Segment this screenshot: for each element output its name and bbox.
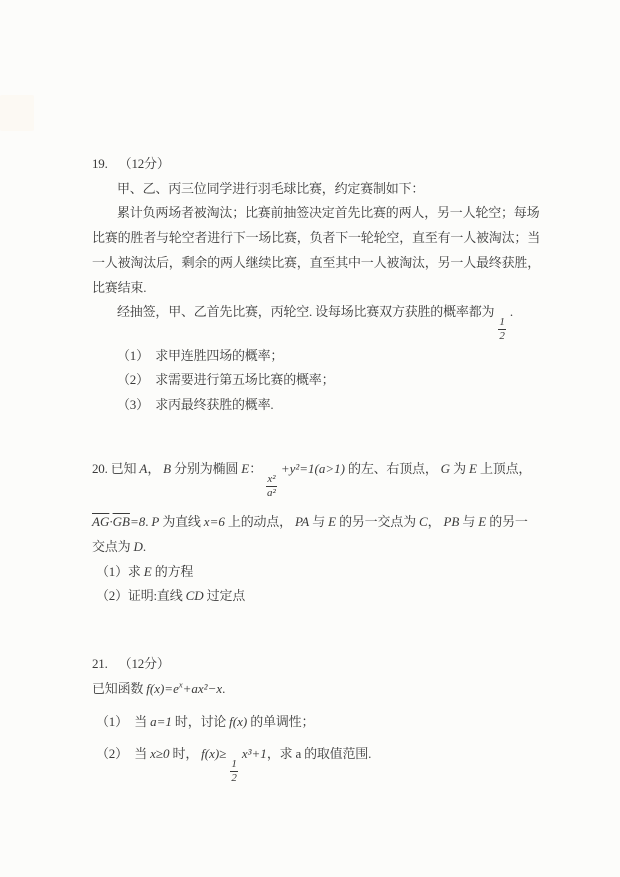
math-run: E [241, 461, 249, 476]
text-run: 时， [169, 746, 201, 761]
question-19-item-3: （3） 求丙最终获胜的概率. [117, 393, 574, 418]
question-21-points: （12分） [119, 656, 170, 671]
math-vector: GB [113, 514, 130, 529]
fraction-numerator: 1 [230, 758, 238, 771]
question-19-points: （12分） [119, 156, 170, 171]
math-fraction: 12 [230, 758, 238, 785]
text-run: ， [147, 461, 163, 476]
question-21-function-line: 已知函数 f(x)=ex+ax²−x. [92, 677, 574, 702]
math-superscript: ex [173, 681, 183, 696]
fraction-denominator: 2 [498, 329, 506, 343]
text-run: 与 [309, 514, 328, 529]
math-run: +y²=1(a>1) [281, 461, 345, 476]
question-19-rule-line-4: 比赛结束. [92, 276, 574, 301]
exam-page: 19.（12分） 甲、乙、丙三位同学进行羽毛球比赛，约定赛制如下： 累计负两场者… [0, 0, 620, 877]
question-19-number: 19. [92, 156, 108, 171]
question-19-item-1: （1） 求甲连胜四场的概率； [117, 344, 574, 369]
math-run: CD [186, 588, 204, 603]
fraction-numerator: 1 [498, 316, 506, 329]
question-19-rule-line-3: 一人被淘汰后，剩余的两人继续比赛，直至其中一人被淘汰，另一人最终获胜， [92, 251, 574, 276]
math-vector: AG [92, 514, 109, 529]
question-20-statement-line-3: 交点为 D. [92, 535, 574, 560]
fraction-denominator: 2 [230, 771, 238, 785]
question-21-item-2: （2） 当 x≥0 时， f(x)≥12x³+1，求 a 的取值范围. [96, 742, 574, 785]
question-21: 21.（12分） 已知函数 f(x)=ex+ax²−x. （1） 当 a=1 时… [92, 652, 574, 785]
text-run: 20. 已知 [92, 461, 139, 476]
text-run: 时，讨论 [172, 714, 229, 729]
question-19-item-2: （2） 求需要进行第五场比赛的概率； [117, 368, 574, 393]
math-run: PA [295, 514, 309, 529]
math-run: f(x) [229, 714, 247, 729]
text-run: 的方程 [152, 564, 193, 579]
text-run: . [510, 304, 513, 319]
question-21-number: 21. [92, 656, 108, 671]
text-run: ： [249, 461, 262, 476]
question-20-item-2: （2）证明:直线 CD 过定点 [96, 584, 574, 609]
question-21-item-1: （1） 当 a=1 时，讨论 f(x) 的单调性； [96, 710, 574, 735]
text-run: 交点为 [92, 539, 133, 554]
math-run: x=6 [204, 514, 225, 529]
math-fraction: 12 [498, 316, 506, 343]
math-run: x³+1 [242, 746, 267, 761]
text-run: 上顶点， [477, 461, 531, 476]
math-fraction: x²a² [266, 473, 277, 500]
text-run: ，求 a 的取值范围. [267, 746, 371, 761]
text-run: 分别为椭圆 [171, 461, 241, 476]
text-run: （1）求 [96, 564, 144, 579]
math-run: G [441, 461, 450, 476]
text-run: 过定点 [204, 588, 245, 603]
question-19-setup: 经抽签，甲、乙首先比赛，丙轮空. 设每场比赛双方获胜的概率都为12. [117, 300, 574, 343]
question-19-rule-line-2: 比赛的胜者与轮空者进行下一场比赛，负者下一轮轮空，直至有一人被淘汰；当 [92, 226, 574, 251]
question-20-statement-line-1: 20. 已知 A， B 分别为椭圆 E：x²a²+y²=1(a>1) 的左、右顶… [92, 448, 574, 507]
question-20: 20. 已知 A， B 分别为椭圆 E：x²a²+y²=1(a>1) 的左、右顶… [92, 448, 574, 609]
text-run: 与 [459, 514, 478, 529]
text-run: 的左、右顶点， [345, 461, 441, 476]
text-run: 为 [450, 461, 469, 476]
math-run: D [133, 539, 142, 554]
math-run: x≥0 [150, 746, 169, 761]
text-run: ， [428, 514, 444, 529]
math-run: a=1 [150, 714, 172, 729]
text-run: 经抽签，甲、乙首先比赛，丙轮空. 设每场比赛双方获胜的概率都为 [117, 304, 494, 319]
math-run: E [144, 564, 152, 579]
text-run: 的另一交点为 [336, 514, 419, 529]
text-run: . [222, 681, 225, 696]
math-run: E [328, 514, 336, 529]
math-run: B [163, 461, 171, 476]
text-run: 上的动点， [225, 514, 295, 529]
math-run: E [469, 461, 477, 476]
text-run: （2） 当 [96, 746, 150, 761]
fraction-numerator: x² [266, 473, 276, 486]
question-21-heading: 21.（12分） [92, 652, 574, 677]
question-19-heading: 19.（12分） [92, 152, 574, 177]
question-20-item-1: （1）求 E 的方程 [96, 560, 574, 585]
math-run: +ax²−x [183, 681, 222, 696]
scan-artifact [0, 95, 34, 131]
question-19: 19.（12分） 甲、乙、丙三位同学进行羽毛球比赛，约定赛制如下： 累计负两场者… [92, 152, 574, 418]
text-run: 的单调性； [247, 714, 314, 729]
math-run: PB [443, 514, 459, 529]
question-20-statement-line-2: AG·GB=8. P 为直线 x=6 上的动点， PA 与 E 的另一交点为 C… [92, 507, 574, 535]
text-run: 的另一 [486, 514, 527, 529]
text-run: （1） 当 [96, 714, 150, 729]
fraction-denominator: a² [266, 486, 277, 500]
math-run: f(x)≥ [201, 746, 226, 761]
math-run: =8 [130, 514, 145, 529]
math-run: C [419, 514, 428, 529]
text-run: . [143, 539, 146, 554]
question-19-rule-line-1: 累计负两场者被淘汰；比赛前抽签决定首先比赛的两人，另一人轮空；每场 [117, 201, 574, 226]
math-run: f(x)= [146, 681, 173, 696]
question-19-intro: 甲、乙、丙三位同学进行羽毛球比赛，约定赛制如下： [117, 177, 574, 202]
text-run: 为直线 [159, 514, 204, 529]
text-run: 已知函数 [92, 681, 146, 696]
text-run: （2）证明:直线 [96, 588, 186, 603]
